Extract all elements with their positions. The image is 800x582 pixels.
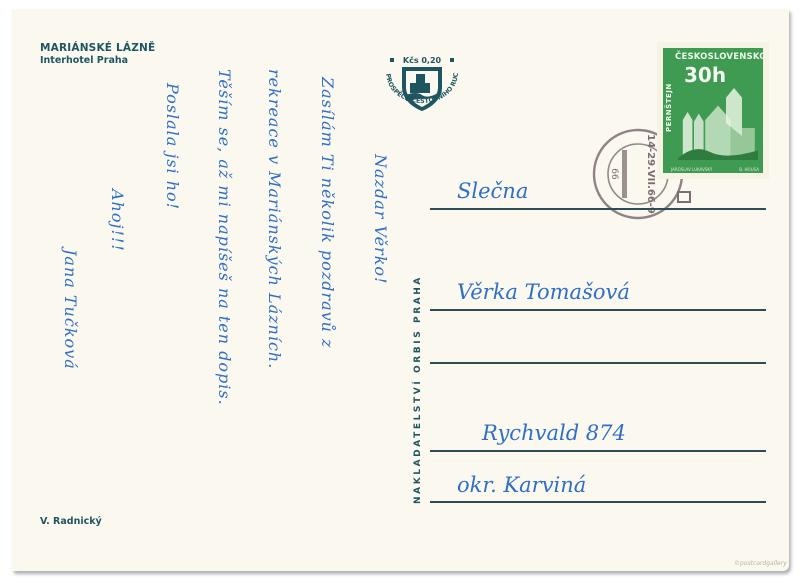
address-line-2 xyxy=(430,309,766,311)
stamp-engraver: B. HOUSA xyxy=(739,167,759,172)
shield-emblem-icon: Kčs 0,20 VE PROSPĚCH CESTOVNÍHO RUCHU xyxy=(376,51,468,129)
stamp-designer: JAROSLAV LUKAVSKÝ xyxy=(671,167,712,172)
address-line-4 xyxy=(430,450,766,452)
publisher-imprint: NAKLADATELSTVÍ ORBIS PRAHA xyxy=(413,275,423,504)
message-line: Ahoj!!! xyxy=(108,189,127,252)
message-signature: Jana Tučková xyxy=(61,249,80,370)
stamp-country: ČESKOSLOVENSKO xyxy=(675,52,767,62)
postmark-date: 14-29.VII.66-9 xyxy=(645,134,656,214)
recipient-district: okr. Karviná xyxy=(457,473,586,497)
postage-stamp: ČESKOSLOVENSKO 30h PERNŠTEJN JAROSLAV LU… xyxy=(657,42,769,179)
stamp-value: 30h xyxy=(684,63,726,87)
recipient-name: Věrka Tomašová xyxy=(457,280,630,304)
cachet-price: Kčs 0,20 xyxy=(403,55,442,65)
recipient-salutation: Slečna xyxy=(457,179,528,203)
photographer-credit: V. Radnický xyxy=(40,516,102,527)
message-line: Těším se, až mi napíšeš na ten dopis. xyxy=(215,69,234,406)
message-line: rekreace v Mariánských Lázních. xyxy=(265,69,284,369)
message-line: Nazdar Věrko! xyxy=(371,154,390,284)
message-line: Poslala jsi ho! xyxy=(163,83,182,210)
watermark: ©postcardgallery xyxy=(734,560,787,567)
stamp-subject: PERNŠTEJN xyxy=(665,83,673,132)
address-line-3 xyxy=(430,362,766,364)
address-line-1 xyxy=(430,208,766,210)
header-title: MARIÁNSKÉ LÁZNĚ xyxy=(40,42,155,54)
header-subtitle: Interhotel Praha xyxy=(40,55,128,66)
postcard: MARIÁNSKÉ LÁZNĚ Interhotel Praha Kčs 0,2… xyxy=(12,9,789,571)
postmark-number: 66 xyxy=(609,168,619,180)
message-line: Zasílám Ti několik pozdravů z xyxy=(318,77,337,348)
address-line-5 xyxy=(430,501,766,503)
recipient-street: Rychvald 874 xyxy=(482,421,626,445)
castle-icon xyxy=(677,88,759,160)
